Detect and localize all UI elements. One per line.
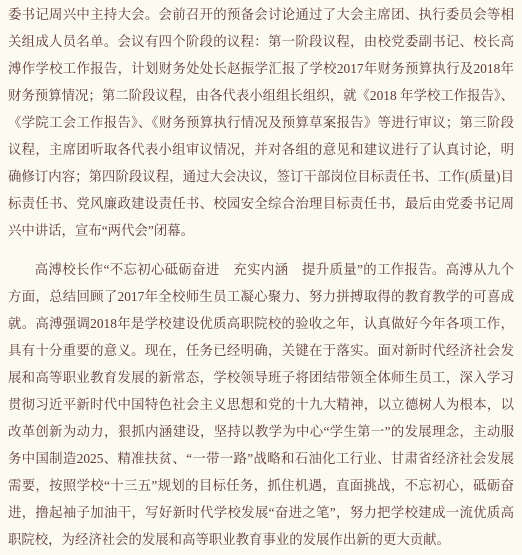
document-body: 委书记周兴中主持大会。会前召开的预备会讨论通过了大会主席团、执行委员会等相关组成… <box>0 0 522 555</box>
paragraph-principal-work-report: 高溥校长作“不忘初心砥砺奋进 充实内涵 提升质量”的工作报告。高溥从九个方面，总… <box>8 256 514 553</box>
paragraph-meeting-agenda: 委书记周兴中主持大会。会前召开的预备会讨论通过了大会主席团、执行委员会等相关组成… <box>8 1 514 244</box>
